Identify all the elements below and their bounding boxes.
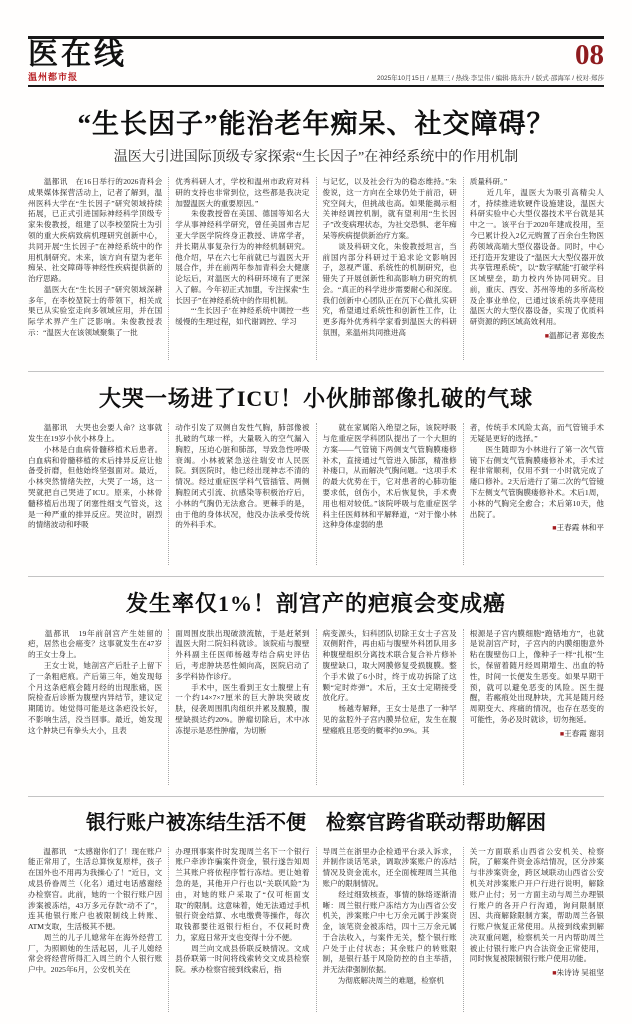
article-title: 大哭一场进了ICU！小伙肺部像扎破的气球 [28,386,604,411]
paper-name: 温州都市报 [28,73,127,82]
byline: ■王春霞 林和平 [470,523,604,534]
column-text: 关一方面联系山西省公安机关、检察院，了解案件资金冻结情况，区分涉案与非涉案资金，… [470,847,604,964]
article-title: 银行账户被冻结生活不便 检察官跨省联动帮助解困 [28,812,604,835]
article-column: 质量科研。” 近几年，温医大为吸引高精尖人才，持续推进软硬件设施建设，温医大科研… [463,177,604,360]
article-columns: 温都讯 19年前剖宫产生娃留的疤，居然也会癌变？这事就发生在47岁的王女士身上。… [28,629,604,785]
byline-text: 王春霞 谢羽 [564,729,604,738]
byline-text: 朱诗诗 吴祖坚 [557,968,604,977]
byline: ■温都记者 郑俊杰 [470,331,604,342]
newspaper-page: 医在线 温州都市报 08 2025年10月15日 / 星期三 / 热线·李呈伟 … [0,0,632,1024]
column-text: 导周兰在浙里办企检通平台录入诉求，并制作谈话笔录，调取涉案账户的冻结情况及资金流… [323,847,457,985]
byline: ■王春霞 谢羽 [470,729,604,740]
article-scar-cancer: 发生率仅1%！剖宫产的疤痕会变成癌 温都讯 19年前剖宫产生娃留的疤，居然也会癌… [28,577,604,784]
article-column: 优秀科研人才，学校和温州市政府对科研的支持也非常到位，这些都是我决定加盟温医大的… [168,177,315,360]
column-text: 质量科研。” 近几年，温医大为吸引高精尖人才，持续推进软硬件设施建设，温医大科研… [470,177,604,326]
article-growth-factor: “生长因子”能治老年痴呆、社交障碍？ 温医大引进国际顶级专家探索“生长因子”在神… [28,87,604,360]
article-column: 动作引发了双侧自发性气胸，肺部像被扎破的气球一样，大量吸入的空气漏入胸腔，压迫心… [168,423,315,565]
column-text: 温都讯 在16日举行的2026青科会成果媒体探营活动上，记者了解到，温州医科大学… [28,177,162,337]
article-column: 就在家属陷入绝望之际，该院呼吸与危重症医学科团队提出了一个大胆的方案——气管镜下… [316,423,463,565]
article-column: 办理刑事案件时发现周兰名下一个银行账户牵涉诈骗案件资金，银行遂告知周兰其账户将依… [168,847,315,1012]
column-text: 根源是子宫内膜细胞“跑错地方”，也就是说剖宫产时，子宫内的内膜细胞意外粘在腹壁伤… [470,629,604,724]
section-title: 医在线 [28,40,127,70]
date-line: 2025年10月15日 / 星期三 / 热线·李呈伟 / 编辑·陈东升 / 版式… [377,76,604,83]
article-icu-pneumothorax: 大哭一场进了ICU！小伙肺部像扎破的气球 温都讯 大哭也会要人命？这事就发生在1… [28,372,604,565]
article-columns: 温都讯 在16日举行的2026青科会成果媒体探营活动上，记者了解到，温州医科大学… [28,177,604,360]
article-columns: 温都讯 “太感谢你们了！现在账户能正常用了，生活总算恢复原样，孩子在国外也不用再… [28,847,604,1012]
article-column: 者，传统手术风险太高，而气管镜手术无疑是更好的选择。” 医生随即为小林进行了第一… [463,423,604,565]
column-text: 面周围皮肤出现破溃流脓，于是赶紧到温医大附二院妇科就诊。该院疝与腹壁外科副主任医… [175,629,309,735]
article-frozen-bank-account: 银行账户被冻结生活不便 检察官跨省联动帮助解困 温都讯 “太感谢你们了！现在账户… [28,797,604,1012]
article-column: 导周兰在浙里办企检通平台录入诉求，并制作谈话笔录，调取涉案账户的冻结情况及资金流… [316,847,463,1012]
column-text: 温都讯 大哭也会要人命？这事就发生在19岁小伙小林身上。 小林是白血病骨髓移植术… [28,423,162,529]
column-text: 与记忆，以及社会行为的稳态维持。”朱俊说，这一方向在全球仍处于前沿，研究空间大，… [323,177,457,337]
article-subtitle: 温医大引进国际顶级专家探索“生长因子”在神经系统中的作用机制 [28,146,604,166]
masthead: 医在线 温州都市报 08 2025年10月15日 / 星期三 / 热线·李呈伟 … [28,39,604,85]
column-text: 温都讯 19年前剖宫产生娃留的疤，居然也会癌变？这事就发生在47岁的王女士身上。… [28,629,162,735]
article-column: 关一方面联系山西省公安机关、检察院，了解案件资金冻结情况，区分涉案与非涉案资金，… [463,847,604,1012]
article-column: 温都讯 “太感谢你们了！现在账户能正常用了，生活总算恢复原样，孩子在国外也不用再… [28,847,168,1012]
column-text: 温都讯 “太感谢你们了！现在账户能正常用了，生活总算恢复原样，孩子在国外也不用再… [28,847,162,975]
article-column: 根源是子宫内膜细胞“跑错地方”，也就是说剖宫产时，子宫内的内膜细胞意外粘在腹壁伤… [463,629,604,785]
column-text: 动作引发了双侧自发性气胸，肺部像被扎破的气球一样，大量吸入的空气漏入胸腔，压迫心… [175,423,309,529]
page-number: 08 [377,41,604,70]
article-title: “生长因子”能治老年痴呆、社交障碍？ [28,109,604,140]
byline-text: 王春霞 林和平 [557,523,604,532]
article-columns: 温都讯 大哭也会要人命？这事就发生在19岁小伙小林身上。 小林是白血病骨髓移植术… [28,423,604,565]
column-text: 者，传统手术风险太高，而气管镜手术无疑是更好的选择。” 医生随即为小林进行了第一… [470,423,604,518]
masthead-right: 08 2025年10月15日 / 星期三 / 热线·李呈伟 / 编辑·陈东升 /… [377,41,604,83]
article-column: 温都讯 在16日举行的2026青科会成果媒体探营活动上，记者了解到，温州医科大学… [28,177,168,360]
column-text: 就在家属陷入绝望之际，该院呼吸与危重症医学科团队提出了一个大胆的方案——气管镜下… [323,423,457,529]
column-text: 优秀科研人才，学校和温州市政府对科研的支持也非常到位，这些都是我决定加盟温医大的… [175,177,309,326]
column-text: 办理刑事案件时发现周兰名下一个银行账户牵涉诈骗案件资金，银行遂告知周兰其账户将依… [175,847,309,975]
article-column: 病变源头，妇科团队切除王女士子宫及双侧附件，再由疝与腹壁外科团队用多种腹壁组织分… [316,629,463,785]
masthead-left: 医在线 温州都市报 [28,40,127,82]
byline-text: 温都记者 郑俊杰 [549,331,604,340]
article-column: 面周围皮肤出现破溃流脓，于是赶紧到温医大附二院妇科就诊。该院疝与腹壁外科副主任医… [168,629,315,785]
column-text: 病变源头，妇科团队切除王女士子宫及双侧附件，再由疝与腹壁外科团队用多种腹壁组织分… [323,629,457,735]
byline: ■朱诗诗 吴祖坚 [470,968,604,979]
article-column: 温都讯 大哭也会要人命？这事就发生在19岁小伙小林身上。 小林是白血病骨髓移植术… [28,423,168,565]
article-title: 发生率仅1%！剖宫产的疤痕会变成癌 [28,591,604,616]
article-column: 与记忆，以及社会行为的稳态维持。”朱俊说，这一方向在全球仍处于前沿，研究空间大，… [316,177,463,360]
article-column: 温都讯 19年前剖宫产生娃留的疤，居然也会癌变？这事就发生在47岁的王女士身上。… [28,629,168,785]
